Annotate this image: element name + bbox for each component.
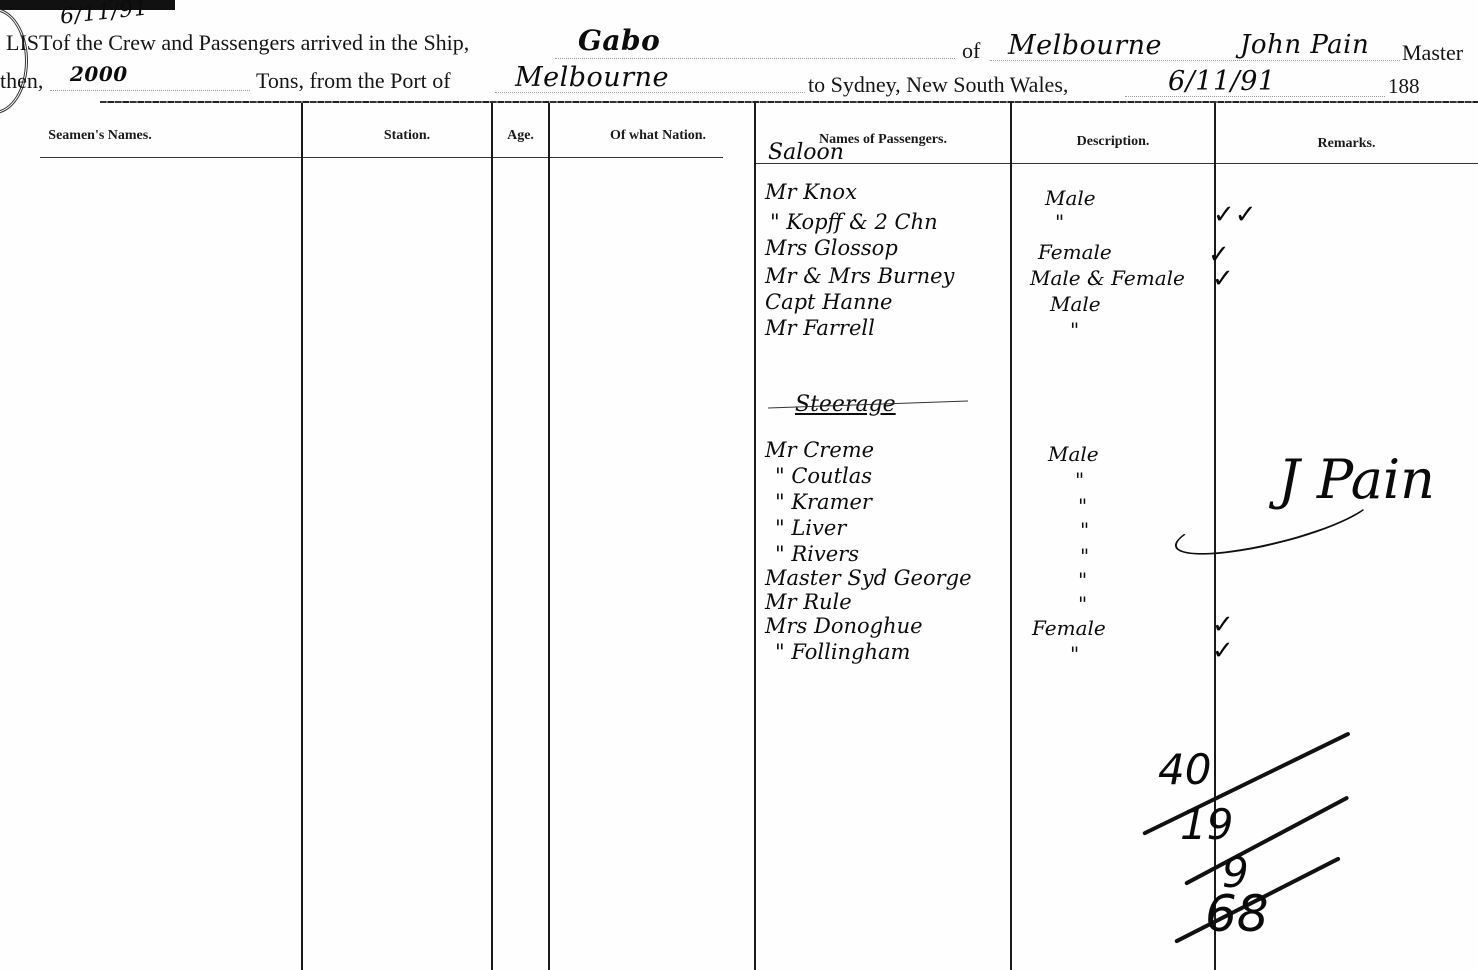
column-header-bottom-rule-right — [755, 163, 1478, 164]
header-line2-prefix: then, — [0, 68, 43, 94]
official-stamp-seal — [0, 8, 28, 114]
tonnage: 2000 — [70, 62, 128, 86]
master-name: John Pain — [1240, 30, 1369, 60]
passenger-row-name: Mr & Mrs Burney — [765, 264, 954, 288]
passenger-row-name: " Kramer — [775, 490, 872, 514]
passenger-row-name: Mrs Glossop — [765, 236, 898, 260]
column-header-description: Description. — [1011, 134, 1215, 150]
column-divider — [1010, 103, 1012, 970]
passenger-row-name: Mrs Donoghue — [765, 614, 923, 638]
column-divider — [548, 103, 550, 970]
passenger-description: " — [1075, 468, 1084, 492]
column-header-remarks: Remarks. — [1215, 136, 1478, 152]
passenger-row-name: Mr Knox — [765, 180, 857, 204]
passenger-row-name: " Follingham — [775, 640, 910, 664]
date-dotted-line — [1125, 96, 1385, 97]
ship-name: Gabo — [578, 24, 660, 57]
column-divider — [301, 103, 303, 970]
passenger-description: Male — [1050, 292, 1101, 316]
remark-checkmark: ✓✓ — [1213, 200, 1257, 230]
passenger-description: " — [1080, 518, 1089, 542]
passenger-row-name: " Coutlas — [775, 464, 872, 488]
passenger-row-name: Master Syd George — [765, 566, 972, 590]
margin-date: 6/11/91 — [59, 0, 149, 30]
passenger-row-name: " Kopff & 2 Chn — [770, 210, 938, 234]
column-divider — [754, 103, 756, 970]
header-line2-text-a: Tons, from the Port of — [256, 68, 451, 94]
master-signature: J Pain — [1278, 448, 1435, 511]
passenger-row-name: Mr Rule — [765, 590, 852, 614]
tonnage-dotted-line — [50, 90, 250, 91]
passenger-description: " — [1080, 544, 1089, 568]
column-header-seamens-names: Seamen's Names. — [0, 128, 200, 144]
passenger-description: Male & Female — [1030, 266, 1185, 290]
header-line2-text-b: to Sydney, New South Wales, — [808, 72, 1068, 98]
header-line1-text-c: Master — [1402, 40, 1463, 66]
column-header-station: Station. — [302, 128, 512, 144]
ship-of-port: Melbourne — [1008, 30, 1162, 61]
column-header-nation: Of what Nation. — [549, 128, 767, 144]
saloon-section-label: Saloon — [768, 140, 844, 165]
passenger-row-name: Mr Creme — [765, 438, 874, 462]
passenger-row-name: " Rivers — [775, 542, 859, 566]
column-header-age: Age. — [492, 128, 549, 144]
passenger-list-document: 6/11/91 LIST of the Crew and Passengers … — [0, 0, 1478, 970]
list-title-prefix: LIST — [6, 30, 52, 56]
passenger-row-name: Mr Farrell — [765, 316, 875, 340]
passenger-description: Male — [1048, 442, 1099, 466]
passenger-description: " — [1078, 568, 1087, 592]
passenger-description: " — [1078, 592, 1087, 616]
year-prefix: 188 — [1388, 74, 1420, 99]
passenger-description: " — [1055, 210, 1064, 234]
remark-checkmark: ✓ — [1212, 264, 1234, 294]
remark-checkmark: ✓ — [1212, 636, 1234, 666]
passenger-row-name: Capt Hanne — [765, 290, 892, 314]
passenger-description: Female — [1038, 240, 1112, 264]
passenger-description: " — [1070, 642, 1079, 666]
passenger-description: Female — [1032, 616, 1106, 640]
from-port: Melbourne — [515, 62, 669, 93]
passenger-description: " — [1070, 318, 1079, 342]
from-port-dotted-line — [495, 92, 805, 93]
tally-steerage-count: 19 — [1180, 800, 1233, 849]
tally-total: 68 — [1205, 885, 1269, 943]
passenger-description: Male — [1045, 186, 1096, 210]
column-header-bottom-rule-left — [40, 157, 723, 158]
ship-name-dotted-line — [555, 58, 955, 59]
header-line1-text-a: of the Crew and Passengers arrived in th… — [52, 30, 469, 56]
tally-saloon-count: 40 — [1158, 745, 1211, 794]
column-divider — [491, 103, 493, 970]
master-dotted-line — [990, 60, 1400, 61]
passenger-description: " — [1078, 494, 1087, 518]
header-line1-text-b: of — [962, 38, 980, 64]
header-top-rule — [100, 101, 1478, 103]
arrival-date: 6/11/91 — [1168, 66, 1276, 97]
passenger-row-name: " Liver — [775, 516, 846, 540]
